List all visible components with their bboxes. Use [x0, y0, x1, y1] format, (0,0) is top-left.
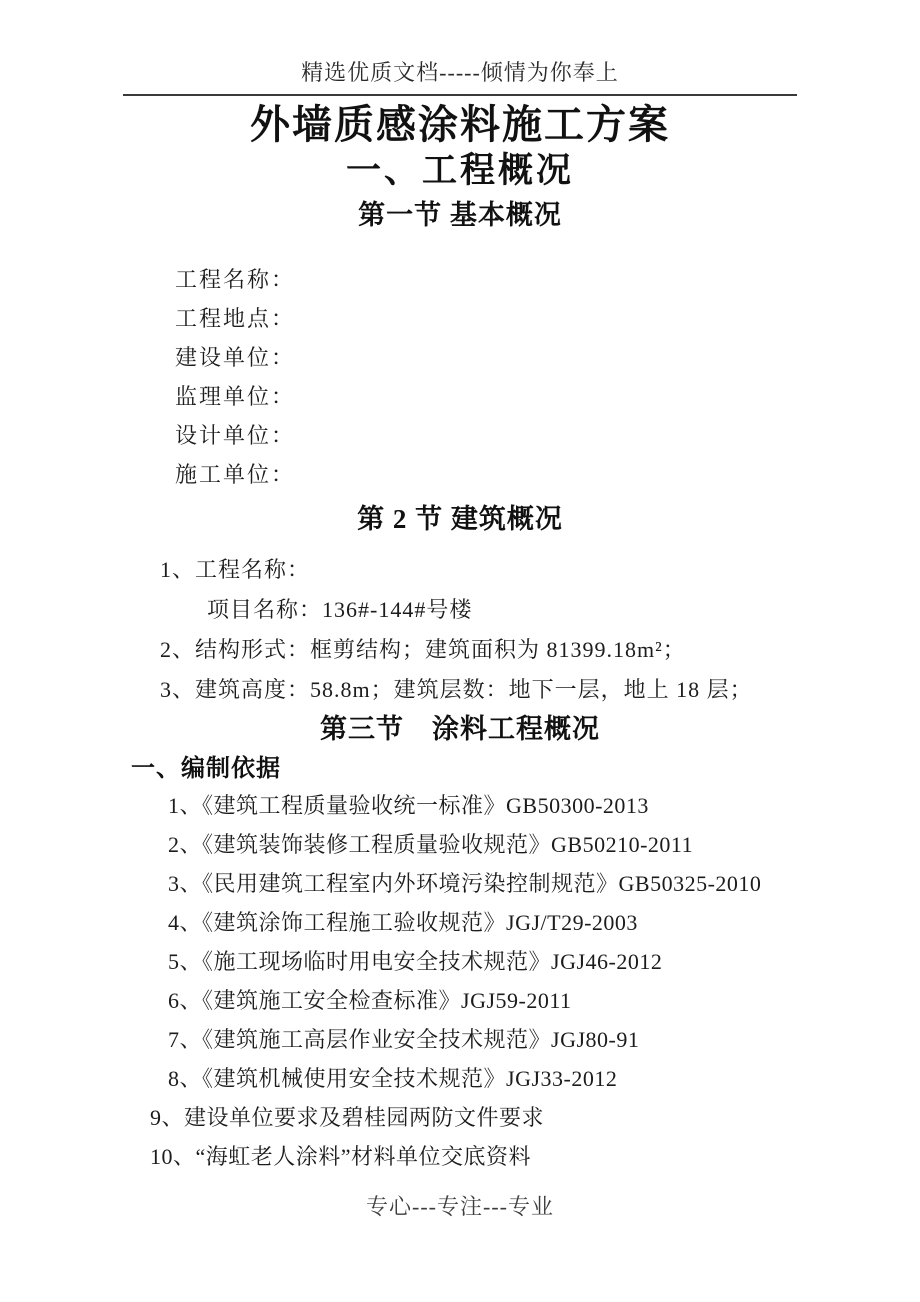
list-item: 项目名称：136#-144#号楼 — [123, 590, 797, 630]
reference-item: 1、《建筑工程质量验收统一标准》GB50300-2013 — [123, 786, 797, 825]
reference-item: 4、《建筑涂饰工程施工验收规范》JGJ/T29-2003 — [123, 903, 797, 942]
reference-item: 7、《建筑施工高层作业安全技术规范》JGJ80-91 — [123, 1020, 797, 1059]
section-heading-coating-overview: 第三节 涂料工程概况 — [123, 712, 797, 746]
chapter-heading: 一、工程概况 — [123, 150, 797, 192]
page-header-text: 精选优质文档-----倾情为你奉上 — [123, 0, 797, 88]
field-project-name: 工程名称： — [123, 260, 797, 299]
document-title: 外墙质感涂料施工方案 — [123, 102, 797, 148]
building-overview-list: 1、工程名称： 项目名称：136#-144#号楼 2、结构形式：框剪结构；建筑面… — [123, 550, 797, 710]
reference-item: 3、《民用建筑工程室内外环境污染控制规范》GB50325-2010 — [123, 864, 797, 903]
subheading-compilation-basis: 一、编制依据 — [123, 754, 797, 784]
reference-standards-list: 1、《建筑工程质量验收统一标准》GB50300-2013 2、《建筑装饰装修工程… — [123, 786, 797, 1176]
list-item: 3、建筑高度：58.8m；建筑层数：地下一层，地上 18 层； — [123, 670, 797, 710]
reference-item: 10、“海虹老人涂料”材料单位交底资料 — [123, 1137, 797, 1176]
section-heading-building-overview: 第 2 节 建筑概况 — [123, 502, 797, 536]
field-supervision-unit: 监理单位： — [123, 377, 797, 416]
section-heading-basic-overview: 第一节 基本概况 — [123, 198, 797, 232]
project-info-fields: 工程名称： 工程地点： 建设单位： 监理单位： 设计单位： 施工单位： — [123, 260, 797, 494]
reference-item: 8、《建筑机械使用安全技术规范》JGJ33-2012 — [123, 1059, 797, 1098]
reference-item: 5、《施工现场临时用电安全技术规范》JGJ46-2012 — [123, 942, 797, 981]
field-design-unit: 设计单位： — [123, 416, 797, 455]
header-rule — [123, 94, 797, 96]
reference-item: 2、《建筑装饰装修工程质量验收规范》GB50210-2011 — [123, 825, 797, 864]
list-item: 2、结构形式：框剪结构；建筑面积为 81399.18m²； — [123, 630, 797, 670]
field-project-location: 工程地点： — [123, 299, 797, 338]
field-construction-unit: 施工单位： — [123, 455, 797, 494]
page-footer-text: 专心---专注---专业 — [0, 1193, 920, 1221]
field-construction-owner: 建设单位： — [123, 338, 797, 377]
document-page: 精选优质文档-----倾情为你奉上 外墙质感涂料施工方案 一、工程概况 第一节 … — [0, 0, 920, 1302]
reference-item: 6、《建筑施工安全检查标准》JGJ59-2011 — [123, 981, 797, 1020]
list-item: 1、工程名称： — [123, 550, 797, 590]
reference-item: 9、建设单位要求及碧桂园两防文件要求 — [123, 1098, 797, 1137]
